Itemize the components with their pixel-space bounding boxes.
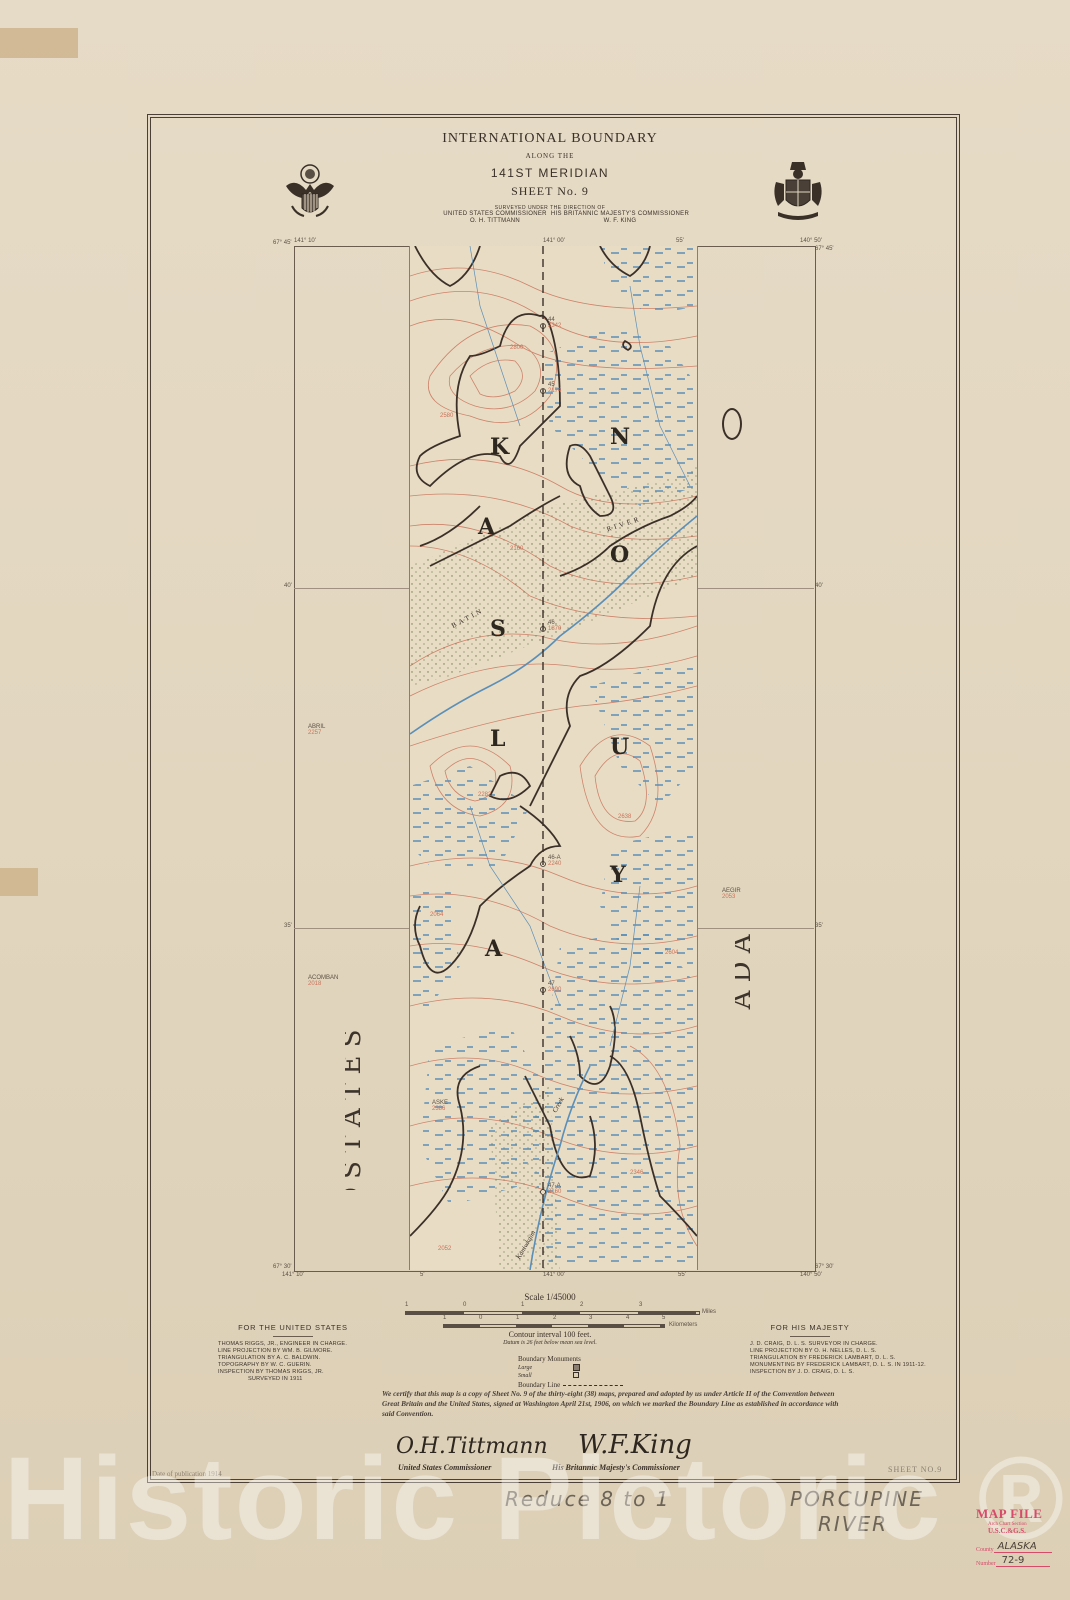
strip-letter-a2: A bbox=[485, 936, 502, 962]
tape-mark bbox=[0, 868, 38, 896]
strip-letter-n: N bbox=[610, 424, 630, 450]
monument-46: 461870 bbox=[548, 620, 561, 632]
stamp-agency: U.S.C.&G.S. bbox=[976, 1527, 1070, 1535]
watermark: Historic Pictoric ® bbox=[0, 1440, 1070, 1558]
british-royal-arms-icon bbox=[770, 160, 826, 222]
strip-letter-k: K bbox=[490, 434, 509, 460]
elevation-label: 2064 bbox=[430, 912, 443, 918]
map-subtitle-along: ALONG THE bbox=[400, 152, 700, 160]
elevation-label: 2580 bbox=[440, 413, 453, 419]
certification-text: We certify that this map is a copy of Sh… bbox=[382, 1389, 852, 1419]
elevation-label: 2800 bbox=[510, 345, 523, 351]
credits-us-heading: FOR THE UNITED STATES bbox=[218, 1324, 368, 1331]
credits-his-majesty: FOR HIS MAJESTY J. D. CRAIG, D. L. S. SU… bbox=[750, 1324, 940, 1376]
legend-small: Small bbox=[518, 1372, 668, 1380]
svg-text:C A N A D A: C A N A D A bbox=[735, 933, 757, 1020]
strip-letter-s: S bbox=[490, 616, 506, 642]
legend-large: Large bbox=[518, 1364, 668, 1372]
map-file-stamp: MAP FILE Arch Chart Section U.S.C.&G.S. … bbox=[976, 1506, 1070, 1567]
monument-46a: 46-A2240 bbox=[548, 855, 561, 867]
boundary-line-symbol bbox=[563, 1385, 623, 1386]
british-commissioner-title: HIS BRITANNIC MAJESTY'S COMMISSIONER bbox=[540, 211, 700, 218]
stamp-title: MAP FILE bbox=[976, 1506, 1070, 1522]
elevation-label: 2282 bbox=[478, 792, 491, 798]
lake-outline bbox=[722, 408, 742, 440]
monument-47: 472690 bbox=[548, 981, 561, 993]
station-aegir: AEGIR2053 bbox=[722, 888, 741, 900]
british-commissioner-name: W. F. KING bbox=[540, 218, 700, 225]
scale-bar-kilometers: 1 0 1 2 3 4 5 Kilometers bbox=[443, 1315, 743, 1331]
coord-bottom-5: 5' bbox=[420, 1272, 424, 1278]
scale-label: Scale 1/45000 bbox=[480, 1292, 620, 1302]
monument-large-icon bbox=[573, 1364, 580, 1371]
station-aske: ASKE2386 bbox=[432, 1100, 448, 1112]
sheet-number: SHEET No. 9 bbox=[400, 184, 700, 199]
coord-bottom-right-lon: 140° 50' bbox=[800, 1272, 822, 1278]
coord-top-55: 55' bbox=[676, 238, 684, 244]
coord-top-left-lon: 141° 10' bbox=[294, 238, 316, 244]
us-great-seal-icon bbox=[282, 162, 338, 224]
svg-text:U N I T E D S T A: U N I T E D S T A T E S bbox=[345, 1029, 367, 1190]
strip-letter-l: L bbox=[490, 726, 505, 752]
coord-bottom-left-lon: 141° 10' bbox=[282, 1272, 304, 1278]
coord-right-40: 40' bbox=[815, 583, 823, 589]
legend: Boundary Monuments Large Small Boundary … bbox=[518, 1354, 668, 1390]
monument-47a: 47-A2160 bbox=[548, 1183, 561, 1195]
coord-top-right-lat: 67° 45' bbox=[815, 246, 834, 252]
elevation-label: 2604 bbox=[665, 950, 678, 956]
coord-bottom-55: 55' bbox=[678, 1272, 686, 1278]
strip-letter-y: Y bbox=[610, 862, 626, 888]
station-acomban: ACOMBAN2018 bbox=[308, 975, 338, 987]
stamp-number: Number 72-9 bbox=[976, 1555, 1070, 1567]
tape-mark bbox=[0, 28, 78, 58]
elevation-label: 2346 bbox=[630, 1170, 643, 1176]
legend-title: Boundary Monuments bbox=[518, 1354, 668, 1364]
coord-right-35: 35' bbox=[815, 923, 823, 929]
coord-bottom-right-lat: 67° 30' bbox=[815, 1264, 834, 1270]
coord-left-35: 35' bbox=[284, 923, 292, 929]
strip-letter-o: O bbox=[610, 542, 629, 568]
british-commissioner-block: HIS BRITANNIC MAJESTY'S COMMISSIONER W. … bbox=[540, 211, 700, 225]
coord-top-center-lon: 141° 00' bbox=[543, 238, 565, 244]
station-abril: ABRIL2257 bbox=[308, 724, 325, 736]
map-meridian: 141ST MERIDIAN bbox=[400, 166, 700, 180]
strip-letter-u: U bbox=[610, 734, 629, 760]
topographic-strip: A K S L A N O U Y BATIN RIVER Creek Kani… bbox=[409, 246, 698, 1270]
credits-united-states: FOR THE UNITED STATES THOMAS RIGGS, JR.,… bbox=[218, 1324, 368, 1383]
coord-bottom-left-lat: 67° 30' bbox=[273, 1264, 292, 1270]
label-united-states: U N I T E D S T A T E S bbox=[345, 330, 375, 1195]
elevation-label: 2160 bbox=[510, 546, 523, 552]
monument-small-icon bbox=[573, 1372, 579, 1378]
stamp-county: County ALASKA bbox=[976, 1541, 1070, 1553]
coord-left-40: 40' bbox=[284, 583, 292, 589]
contour-interval: Contour interval 100 feet. bbox=[450, 1330, 650, 1339]
credits-uk-heading: FOR HIS MAJESTY bbox=[750, 1324, 870, 1331]
label-canada: C A N A D A bbox=[735, 500, 765, 1025]
strip-letter-a: A bbox=[478, 514, 495, 540]
elevation-label: 2052 bbox=[438, 1246, 451, 1252]
coord-top-left-lat: 67° 45' bbox=[273, 240, 292, 246]
elevation-label: 2638 bbox=[618, 814, 631, 820]
map-title: INTERNATIONAL BOUNDARY bbox=[400, 131, 700, 147]
datum-note: Datum is 26 feet below mean sea level. bbox=[450, 1340, 650, 1346]
coord-top-right-lon: 140° 50' bbox=[800, 238, 822, 244]
monument-44: 442342 bbox=[548, 317, 561, 329]
monument-45: 452174 bbox=[548, 382, 561, 394]
coord-bottom-center-lon: 141° 00' bbox=[543, 1272, 565, 1278]
